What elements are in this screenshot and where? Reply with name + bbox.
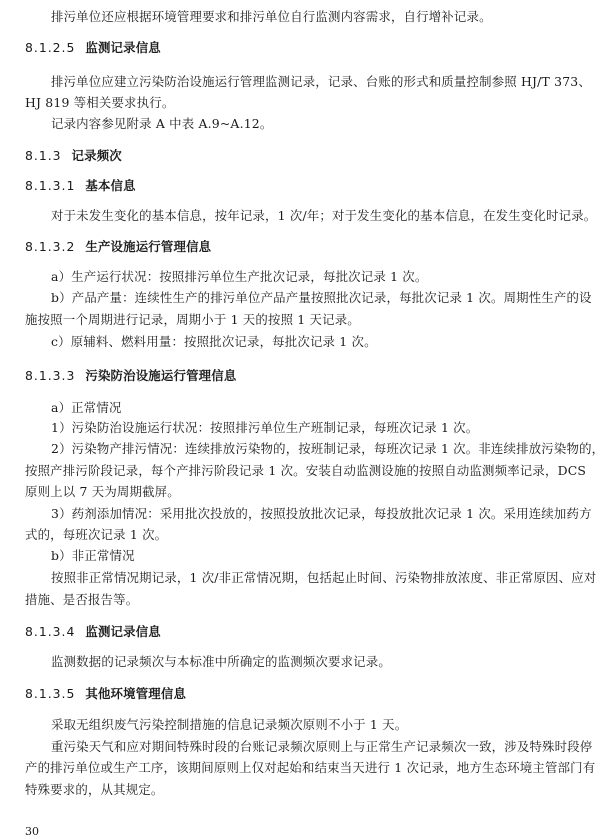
page-number: 30 [25,825,39,838]
section-title: 基本信息 [85,178,135,193]
paragraph-line: b）产品产量：连续性生产的排污单位产品产量按照批次记录，每批次记录 1 次。周期… [51,290,590,306]
section-title: 其他环境管理信息 [85,686,186,701]
section-number: 8.1.3.2 [25,239,75,254]
section-title: 生产设施运行管理信息 [85,239,211,254]
section-title: 监测记录信息 [85,40,161,55]
paragraph-line: b）非正常情况 [51,548,590,564]
paragraph-line: 施按照一个周期进行记录，周期小于 1 天的按照 1 天记录。 [25,312,590,328]
paragraph-line: 原则上以 7 天为周期截屏。 [25,484,590,500]
section-title: 记录频次 [72,148,122,163]
paragraph-line: 采取无组织废气污染控制措施的信息记录频次原则不小于 1 天。 [51,717,590,733]
section-heading: 8.1.3.2生产设施运行管理信息 [25,239,590,255]
section-number: 8.1.3.5 [25,686,75,701]
paragraph-line: 排污单位应建立污染防治设施运行管理监测记录，记录、台账的形式和质量控制参照 HJ… [51,74,590,90]
paragraph-line: 重污染天气和应对期间特殊时段的台账记录频次原则上与正常生产记录频次一致，涉及特殊… [51,739,590,755]
section-heading: 8.1.3记录频次 [25,148,590,164]
paragraph-line: 记录内容参见附录 A 中表 A.9~A.12。 [51,116,590,132]
section-title: 污染防治设施运行管理信息 [85,368,236,383]
section-number: 8.1.3.3 [25,368,75,383]
paragraph-line: 3）药剂添加情况：采用批次投放的，按照投放批次记录，每投放批次记录 1 次。采用… [51,506,590,522]
paragraph-line: 式的，每班次记录 1 次。 [25,527,590,543]
paragraph-line: 产的排污单位或生产工序，该期间原则上仅对起始和结束当天进行 1 次记录，地方生态… [25,760,590,776]
paragraph-line: 排污单位还应根据环境管理要求和排污单位自行监测内容需求，自行增补记录。 [51,9,590,25]
paragraph-line: 2）污染物产排污情况：连续排放污染物的，按班制记录，每班次记录 1 次。非连续排… [51,441,590,457]
section-heading: 8.1.3.5其他环境管理信息 [25,686,590,702]
paragraph-line: 对于未发生变化的基本信息，按年记录，1 次/年；对于发生变化的基本信息，在发生变… [51,208,590,224]
section-title: 监测记录信息 [85,624,161,639]
paragraph-line: 按照非正常情况期记录，1 次/非正常情况期，包括起止时间、污染物排放浓度、非正常… [51,570,590,586]
section-heading: 8.1.3.1基本信息 [25,178,590,194]
section-number: 8.1.2.5 [25,40,75,55]
section-heading: 8.1.2.5监测记录信息 [25,40,590,56]
paragraph-line: 措施、是否报告等。 [25,592,590,608]
section-heading: 8.1.3.4监测记录信息 [25,624,590,640]
paragraph-line: 特殊要求的，从其规定。 [25,782,590,798]
paragraph-line: 1）污染防治设施运行状况：按照排污单位生产班制记录，每班次记录 1 次。 [51,420,590,436]
paragraph-line: c）原辅料、燃料用量：按照批次记录，每批次记录 1 次。 [51,334,590,350]
paragraph-line: a）正常情况 [51,400,590,416]
paragraph-line: 监测数据的记录频次与本标准中所确定的监测频次要求记录。 [51,654,590,670]
paragraph-line: a）生产运行状况：按照排污单位生产批次记录，每批次记录 1 次。 [51,269,590,285]
section-number: 8.1.3 [25,148,62,163]
section-number: 8.1.3.4 [25,624,75,639]
section-heading: 8.1.3.3污染防治设施运行管理信息 [25,368,590,384]
section-number: 8.1.3.1 [25,178,75,193]
paragraph-line: 按照产排污阶段记录，每个产排污阶段记录 1 次。安装自动监测设施的按照自动监测频… [25,463,590,479]
paragraph-line: HJ 819 等相关要求执行。 [25,95,590,111]
